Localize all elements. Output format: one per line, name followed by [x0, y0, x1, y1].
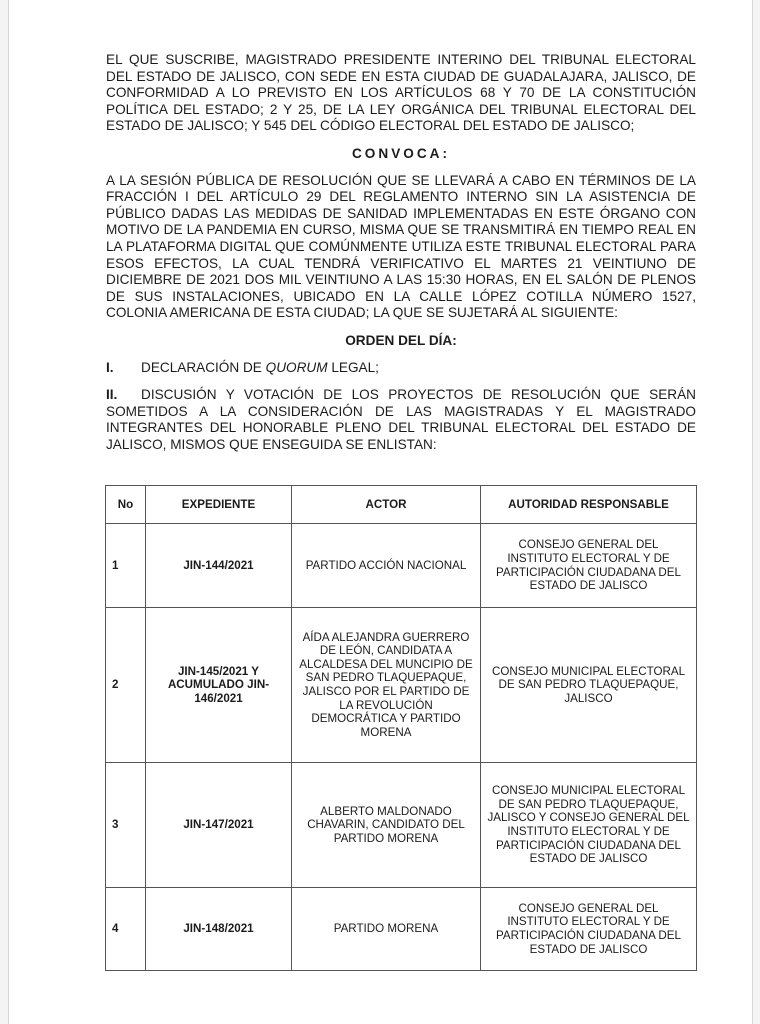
header-expediente: EXPEDIENTE [146, 486, 292, 524]
convoca-paragraph: A LA SESIÓN PÚBLICA DE RESOLUCIÓN QUE SE… [106, 173, 696, 322]
cell-no: 2 [106, 608, 146, 763]
cell-expediente: JIN-148/2021 [146, 888, 292, 971]
cell-autoridad: CONSEJO MUNICIPAL ELECTORAL DE SAN PEDRO… [481, 608, 697, 763]
cell-actor: ALBERTO MALDONADO CHAVARIN, CANDIDATO DE… [292, 763, 481, 888]
cases-table: No EXPEDIENTE ACTOR AUTORIDAD RESPONSABL… [105, 485, 697, 971]
cell-no: 1 [106, 524, 146, 608]
cell-expediente: JIN-144/2021 [146, 524, 292, 608]
cell-actor: PARTIDO ACCIÓN NACIONAL [292, 524, 481, 608]
header-autoridad: AUTORIDAD RESPONSABLE [481, 486, 697, 524]
agenda-item-text: DECLARACIÓN DE [141, 360, 266, 375]
agenda-item-2: II.DISCUSIÓN Y VOTACIÓN DE LOS PROYECTOS… [106, 387, 696, 453]
cell-expediente: JIN-145/2021 Y ACUMULADO JIN-146/2021 [146, 608, 292, 763]
header-actor: ACTOR [292, 486, 481, 524]
cell-actor: AÍDA ALEJANDRA GUERRERO DE LEÓN, CANDIDA… [292, 608, 481, 763]
cell-no: 4 [106, 888, 146, 971]
cell-autoridad: CONSEJO GENERAL DEL INSTITUTO ELECTORAL … [481, 888, 697, 971]
agenda-item-number: II. [106, 387, 141, 404]
header-no: No [106, 486, 146, 524]
agenda-item-1: I.DECLARACIÓN DE QUORUM LEGAL; [106, 360, 696, 377]
agenda-item-text: DISCUSIÓN Y VOTACIÓN DE LOS PROYECTOS DE… [106, 387, 696, 452]
agenda-item-italic: QUORUM [266, 360, 328, 375]
cell-autoridad: CONSEJO MUNICIPAL ELECTORAL DE SAN PEDRO… [481, 763, 697, 888]
cell-expediente: JIN-147/2021 [146, 763, 292, 888]
table-row: 4 JIN-148/2021 PARTIDO MORENA CONSEJO GE… [106, 888, 697, 971]
table-row: 3 JIN-147/2021 ALBERTO MALDONADO CHAVARI… [106, 763, 697, 888]
intro-paragraph: EL QUE SUSCRIBE, MAGISTRADO PRESIDENTE I… [106, 52, 696, 135]
cell-autoridad: CONSEJO GENERAL DEL INSTITUTO ELECTORAL … [481, 524, 697, 608]
table-row: 1 JIN-144/2021 PARTIDO ACCIÓN NACIONAL C… [106, 524, 697, 608]
cell-actor: PARTIDO MORENA [292, 888, 481, 971]
cell-no: 3 [106, 763, 146, 888]
table-header-row: No EXPEDIENTE ACTOR AUTORIDAD RESPONSABL… [106, 486, 697, 524]
agenda-item-number: I. [106, 360, 141, 377]
table-row: 2 JIN-145/2021 Y ACUMULADO JIN-146/2021 … [106, 608, 697, 763]
agenda-item-text: LEGAL; [328, 360, 379, 375]
convoca-heading: CONVOCA: [106, 146, 696, 163]
agenda-heading: ORDEN DEL DÍA: [106, 333, 696, 350]
document-body: EL QUE SUSCRIBE, MAGISTRADO PRESIDENTE I… [106, 52, 696, 464]
